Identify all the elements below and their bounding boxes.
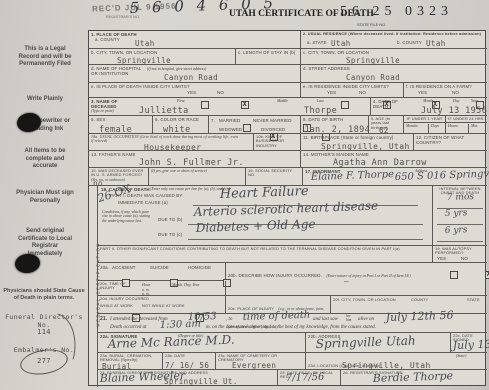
mother-maiden-name-label: 14. MOTHER'S MAIDEN NAME bbox=[303, 152, 485, 157]
yes-label: YES bbox=[327, 90, 336, 95]
residence-farm-label: f. IS RESIDENCE ON A FARM? bbox=[406, 84, 485, 89]
hole-punch-bottom bbox=[14, 253, 41, 275]
death-city-label: b. CITY, TOWN, OR LOCATION bbox=[91, 50, 233, 55]
never-married-label: NEVER MARRIED bbox=[253, 118, 292, 123]
citizen-label: 12. CITIZEN OF WHAT COUNTRY? bbox=[416, 135, 485, 145]
death-time-value: 1:30 am bbox=[160, 319, 201, 331]
field-armed-forces: 15. WAS DECEASED EVER IN U. S. ARMED FOR… bbox=[89, 168, 149, 186]
to-text: , to bbox=[226, 317, 232, 322]
date-stated-text: m. on the date stated above; and to the … bbox=[206, 325, 376, 330]
days-label: Days bbox=[428, 124, 439, 134]
field-residence-city-limits: e. IS RESIDENCE INSIDE CITY LIMITS? YES … bbox=[301, 83, 404, 98]
field-usual-residence: 2. USUAL RESIDENCE (Where deceased lived… bbox=[301, 31, 487, 49]
funeral-director-address: Springville Ut. bbox=[164, 377, 238, 386]
cause-c-line bbox=[188, 239, 423, 240]
social-security-label: 16. SOCIAL SECURITY NO. bbox=[248, 169, 300, 178]
margin-note-plain-terms: Physicians should State Cause of Death i… bbox=[2, 288, 86, 302]
color-race-label: 6. COLOR OR RACE bbox=[155, 117, 206, 122]
field-interval-onset-death: INTERVAL BETWEEN ONSET AND DEATH 7 mos 5… bbox=[433, 186, 487, 246]
no-label: NO bbox=[461, 256, 468, 261]
field-date-of-death: 4. DATE OF DEATH Month Day Year July 13 … bbox=[371, 98, 487, 116]
field-accident-suicide-homicide: 20a. ACCIDENT SUICIDE HOMICIDE bbox=[98, 263, 226, 281]
cause-a-value: Heart Failure bbox=[219, 184, 308, 202]
death-occurred-text: Death occurred at bbox=[110, 325, 146, 330]
min-label: Min. bbox=[468, 124, 478, 134]
date-of-death-value: July 13 1956 bbox=[421, 106, 487, 116]
field-cemetery-location: 23d. LOCATION (City, town, or county) (S… bbox=[306, 353, 487, 370]
hospital-value: Canyon Road bbox=[164, 73, 218, 82]
state-note: (State) bbox=[456, 354, 466, 358]
not-while-at-work-label: NOT WHILE AT WORK bbox=[142, 304, 185, 308]
field-if-under-1-year: IF UNDER 1 YEAR Months Days bbox=[404, 116, 446, 134]
length-of-stay-label: c. LENGTH OF STAY IN (b) bbox=[238, 50, 298, 55]
field-length-of-stay: c. LENGTH OF STAY IN (b) bbox=[236, 49, 301, 65]
date-of-birth-label: 8. DATE OF BIRTH bbox=[303, 117, 366, 122]
field-part-two-conditions: PART II. OTHER SIGNIFICANT CONDITIONS CO… bbox=[98, 246, 433, 263]
her-him-text: her him bbox=[346, 315, 355, 323]
field-registrar-signature: 26. REGISTRAR'S SIGNATURE Berdie Thorpe bbox=[341, 370, 487, 386]
registrar-signature-value: Berdie Thorpe bbox=[373, 369, 454, 385]
field-citizen: 12. CITIZEN OF WHAT COUNTRY? bbox=[414, 134, 487, 151]
accident-label: ACCIDENT bbox=[112, 265, 136, 270]
alive-on-value: July 12th 56 bbox=[386, 309, 454, 324]
residence-county-value: Utah bbox=[426, 39, 446, 48]
cause-of-death-bracket-note: [Enter only one cause per line for (a), … bbox=[150, 187, 230, 191]
armed-forces-label: 15. WAS DECEASED EVER IN U. S. ARMED FOR… bbox=[91, 169, 146, 178]
widowed-label: WIDOWED bbox=[219, 127, 242, 132]
while-at-work-label: WHILE AT WORK bbox=[100, 304, 133, 308]
field-armed-forces-dates: (If yes, give war or dates of service) bbox=[149, 168, 246, 186]
field-father-name: 13. FATHER'S NAME John S. Fullmer Jr. bbox=[89, 151, 301, 168]
margin-note-physician-sign: Physician Must sign Personally bbox=[14, 190, 76, 205]
county-value: Utah bbox=[135, 39, 155, 48]
field-physician-address: 22b. ADDRESS Springville Utah bbox=[306, 333, 451, 353]
street-address-label: d. STREET ADDRESS bbox=[303, 66, 485, 71]
father-name-value: John S. Fullmer Jr. bbox=[139, 158, 244, 168]
describe-injury-note: (Enter nature of injury in Part I or Par… bbox=[326, 274, 410, 278]
state-file-number: 56 25 0323 bbox=[340, 4, 453, 20]
field-attendance-statement: 21. I attended the deceased from 10/53 ,… bbox=[98, 314, 487, 333]
date-signed-value: July 13 bbox=[453, 338, 489, 352]
divorced-label: DIVORCED bbox=[261, 127, 285, 132]
due-to-c-label: DUE TO (c) bbox=[158, 232, 182, 237]
cause-c-value: Diabetes + Old Age bbox=[196, 217, 316, 235]
residence-city-value: Springville bbox=[346, 56, 400, 65]
under-24-hrs-label: IF UNDER 24 HRS. bbox=[446, 116, 487, 123]
field-funeral-director: 24. FUNERAL DIRECTOR'S SIGNATURE AND ADD… bbox=[98, 370, 278, 386]
residence-city-limits-label: e. IS RESIDENCE INSIDE CITY LIMITS? bbox=[303, 84, 401, 89]
describe-injury-label: 20b. DESCRIBE HOW INJURY OCCURRED. bbox=[228, 273, 322, 278]
hours-label: Hours bbox=[448, 124, 458, 128]
field-place-of-death: 1. PLACE OF DEATH a. COUNTY Utah bbox=[89, 31, 301, 49]
month-label: Month bbox=[423, 99, 433, 103]
burial-date-label: 23b. DATE bbox=[165, 354, 213, 358]
field-name-of-deceased: 3. NAME OF DECEASED (Type or print) Firs… bbox=[89, 98, 371, 116]
name-label: 3. NAME OF DECEASED bbox=[91, 99, 131, 109]
interval-c-value: 6 yrs bbox=[445, 225, 468, 236]
armed-forces-dates-note: (If yes, give war or dates of service) bbox=[151, 169, 243, 173]
field-date-of-birth: 8. DATE OF BIRTH Jan. 2, 1894 bbox=[301, 116, 369, 134]
due-to-b-label: DUE TO (b) bbox=[158, 217, 183, 222]
field-if-under-24-hrs: IF UNDER 24 HRS. Hours Min. bbox=[446, 116, 487, 134]
field-date-received: 25. DATE RECD. BY LOCAL REG. 7/17/56 bbox=[278, 370, 341, 386]
residence-state-label: a. STATE bbox=[307, 40, 327, 45]
field-hospital: d. NAME OF HOSPITAL OR INSTITUTION (If n… bbox=[89, 65, 301, 83]
date-received-value: 7/17/56 bbox=[286, 372, 325, 384]
death-city-limits-label: e. IS PLACE OF DEATH INSIDE CITY LIMITS? bbox=[91, 84, 298, 89]
usual-residence-label: 2. USUAL RESIDENCE (Where deceased lived… bbox=[303, 32, 485, 36]
state-file-label: STATE FILE NO. bbox=[357, 23, 386, 27]
field-age: 9. AGE (In years last birthday) 62 bbox=[369, 116, 404, 134]
residence-county-label: b. COUNTY bbox=[397, 40, 422, 45]
autopsy-label: 19. WAS AUTOPSY PERFORMED? bbox=[435, 247, 485, 256]
yes-label: YES bbox=[437, 256, 446, 261]
injury-dash-mark: — bbox=[344, 277, 349, 286]
field-death-city: b. CITY, TOWN, OR LOCATION Springville bbox=[89, 49, 236, 65]
certificate-form: 1. PLACE OF DEATH a. COUNTY Utah 2. USUA… bbox=[88, 30, 486, 386]
month-day-year-label: Month, Day, Year bbox=[172, 283, 199, 287]
residence-state-value: Utah bbox=[331, 39, 351, 48]
under-1-year-label: IF UNDER 1 YEAR bbox=[404, 116, 445, 123]
field-birthplace: 11. BIRTHPLACE (State or foreign country… bbox=[301, 134, 414, 151]
informant-name-value: Elaine F. Thorpe bbox=[311, 169, 395, 183]
birthplace-value: Springville, Utah bbox=[321, 142, 410, 151]
married-label: MARRIED bbox=[219, 118, 240, 123]
cemetery-location-value: Springville, Utah bbox=[342, 361, 431, 370]
time-of-injury-label: 20c. TIME OF INJURY bbox=[100, 282, 138, 291]
year-label: Year bbox=[471, 99, 478, 103]
sex-label: 5. SEX bbox=[91, 117, 150, 122]
last-name-label: Last bbox=[317, 99, 324, 103]
field-cause-of-death: 18. CAUSE OF DEATH [Enter only one cause… bbox=[98, 186, 433, 246]
married-checkbox bbox=[243, 124, 251, 132]
conditions-note: Conditions, if any, which gave rise to a… bbox=[102, 210, 154, 223]
attended-to-value: time of death bbox=[243, 310, 311, 323]
no-label: NO bbox=[217, 90, 224, 95]
immediate-cause-label: IMMEDIATE CAUSE (a) bbox=[118, 200, 168, 205]
residence-city-label: c. CITY, TOWN, OR LOCATION bbox=[303, 50, 485, 55]
injury-occurred-label: 20d. INJURY OCCURRED bbox=[100, 297, 223, 301]
alive-on-text: alive on bbox=[358, 317, 374, 322]
field-sex: 5. SEX female bbox=[89, 116, 153, 134]
field-physician-signature: 22a. SIGNATURE (Degree or title) Arne Mc… bbox=[98, 333, 306, 353]
margin-note-complete: All Items to be complete and accurate bbox=[14, 148, 76, 171]
manner-num: 20a. bbox=[100, 265, 109, 270]
death-certificate-scan: REC'D JUL 9 1956 REGISTRAR'S NO. 5 6 0 4… bbox=[0, 0, 489, 390]
hospital-note: (If not in hospital, give street address… bbox=[147, 67, 206, 71]
margin-note-legal-record: This is a Legal Record and will be Perma… bbox=[14, 46, 76, 69]
field-residence-city: c. CITY, TOWN, OR LOCATION Springville bbox=[301, 49, 487, 65]
injury-county-label: COUNTY bbox=[411, 298, 428, 302]
hospital-label: d. NAME OF HOSPITAL OR INSTITUTION bbox=[91, 66, 146, 76]
no-label: NO bbox=[359, 90, 366, 95]
field-color-race: 6. COLOR OR RACE white bbox=[153, 116, 209, 134]
field-autopsy: 19. WAS AUTOPSY PERFORMED? YES NO X bbox=[433, 246, 487, 263]
field-business-industry: 10b. KIND OF BUSINESS OR INDUSTRY bbox=[254, 134, 301, 151]
business-industry-label: 10b. KIND OF BUSINESS OR INDUSTRY bbox=[256, 135, 298, 148]
field-street-address: d. STREET ADDRESS Canyon Road bbox=[301, 65, 487, 83]
physician-signature-value: Arne Mc Rance M.D. bbox=[108, 333, 235, 351]
birthplace-label: 11. BIRTHPLACE (State or foreign country… bbox=[303, 135, 411, 140]
field-time-of-injury: 20c. TIME OF INJURY Hour a. m. p. m. Mon… bbox=[98, 281, 226, 296]
county-label: a. COUNTY bbox=[95, 37, 298, 42]
yes-label: YES bbox=[418, 90, 427, 95]
field-date-signed: 22c. DATE SIGNED July 13 bbox=[451, 333, 487, 353]
homicide-label: HOMICIDE bbox=[188, 265, 211, 270]
death-city-value: Springville bbox=[117, 56, 171, 65]
physician-address-value: Springville Utah bbox=[316, 334, 416, 351]
first-name-value: Jullietta bbox=[139, 106, 189, 116]
date-of-death-label: 4. DATE OF DEATH bbox=[373, 99, 399, 109]
field-informant: 17. INFORMANT Address Elaine F. Thorpe 6… bbox=[303, 168, 487, 186]
field-burial-date: 23b. DATE 7/ 16/ 56 bbox=[163, 353, 216, 370]
interval-a-value: 7 mos bbox=[447, 192, 475, 203]
yes-label: YES bbox=[187, 90, 196, 95]
months-label: Months bbox=[406, 124, 418, 128]
last-saw-text: and last saw bbox=[313, 317, 338, 322]
street-address-value: Canyon Road bbox=[346, 73, 400, 82]
father-name-label: 13. FATHER'S NAME bbox=[91, 152, 298, 157]
field-describe-injury: 20b. DESCRIBE HOW INJURY OCCURRED. (Ente… bbox=[226, 263, 487, 296]
injury-state-label: STATE bbox=[467, 298, 480, 302]
field-occupation: 10a. USUAL OCCUPATION (Give kind of work… bbox=[89, 134, 254, 151]
interval-c-line bbox=[437, 241, 483, 242]
day-label: Day bbox=[453, 99, 459, 103]
mother-maiden-name-value: Agatha Ann Darrow bbox=[333, 158, 427, 168]
field-residence-farm: f. IS RESIDENCE ON A FARM? YES X NO bbox=[404, 83, 487, 98]
field-burial-type: 23a. BURIAL, CREMATION, REMOVAL (Specify… bbox=[98, 353, 163, 370]
injury-city-label: 20f. CITY, TOWN, OR LOCATION bbox=[333, 298, 396, 302]
item-21-number: 21. bbox=[100, 317, 107, 322]
first-name-label: First bbox=[177, 99, 185, 103]
field-death-city-limits: e. IS PLACE OF DEATH INSIDE CITY LIMITS?… bbox=[89, 83, 301, 98]
no-label: NO bbox=[452, 90, 459, 95]
field-cemetery-name: 23c. NAME OF CEMETERY OR CREMATORY Everg… bbox=[216, 353, 306, 370]
interval-b-value: 5 yrs bbox=[445, 208, 468, 219]
last-name-value: Thorpe bbox=[304, 106, 337, 116]
marital-num: 7. bbox=[211, 118, 215, 123]
field-marital-status: 7. MARRIED NEVER MARRIED WIDOWED X DIVOR… bbox=[209, 116, 301, 134]
margin-note-write-plainly: Write Plainly bbox=[14, 96, 76, 104]
middle-name-label: Middle bbox=[277, 99, 288, 103]
field-mother-maiden-name: 14. MOTHER'S MAIDEN NAME Agatha Ann Darr… bbox=[301, 151, 487, 168]
cemetery-name-value: Evergreen bbox=[232, 361, 276, 370]
hour-label: Hour bbox=[142, 283, 150, 287]
medical-certification-strip: MEDICAL CERTIFICATION bbox=[89, 186, 98, 387]
field-social-security: 16. SOCIAL SECURITY NO. bbox=[246, 168, 303, 186]
part-two-label: PART II. OTHER SIGNIFICANT CONDITIONS CO… bbox=[100, 247, 425, 251]
suicide-label: SUICIDE bbox=[150, 265, 169, 270]
